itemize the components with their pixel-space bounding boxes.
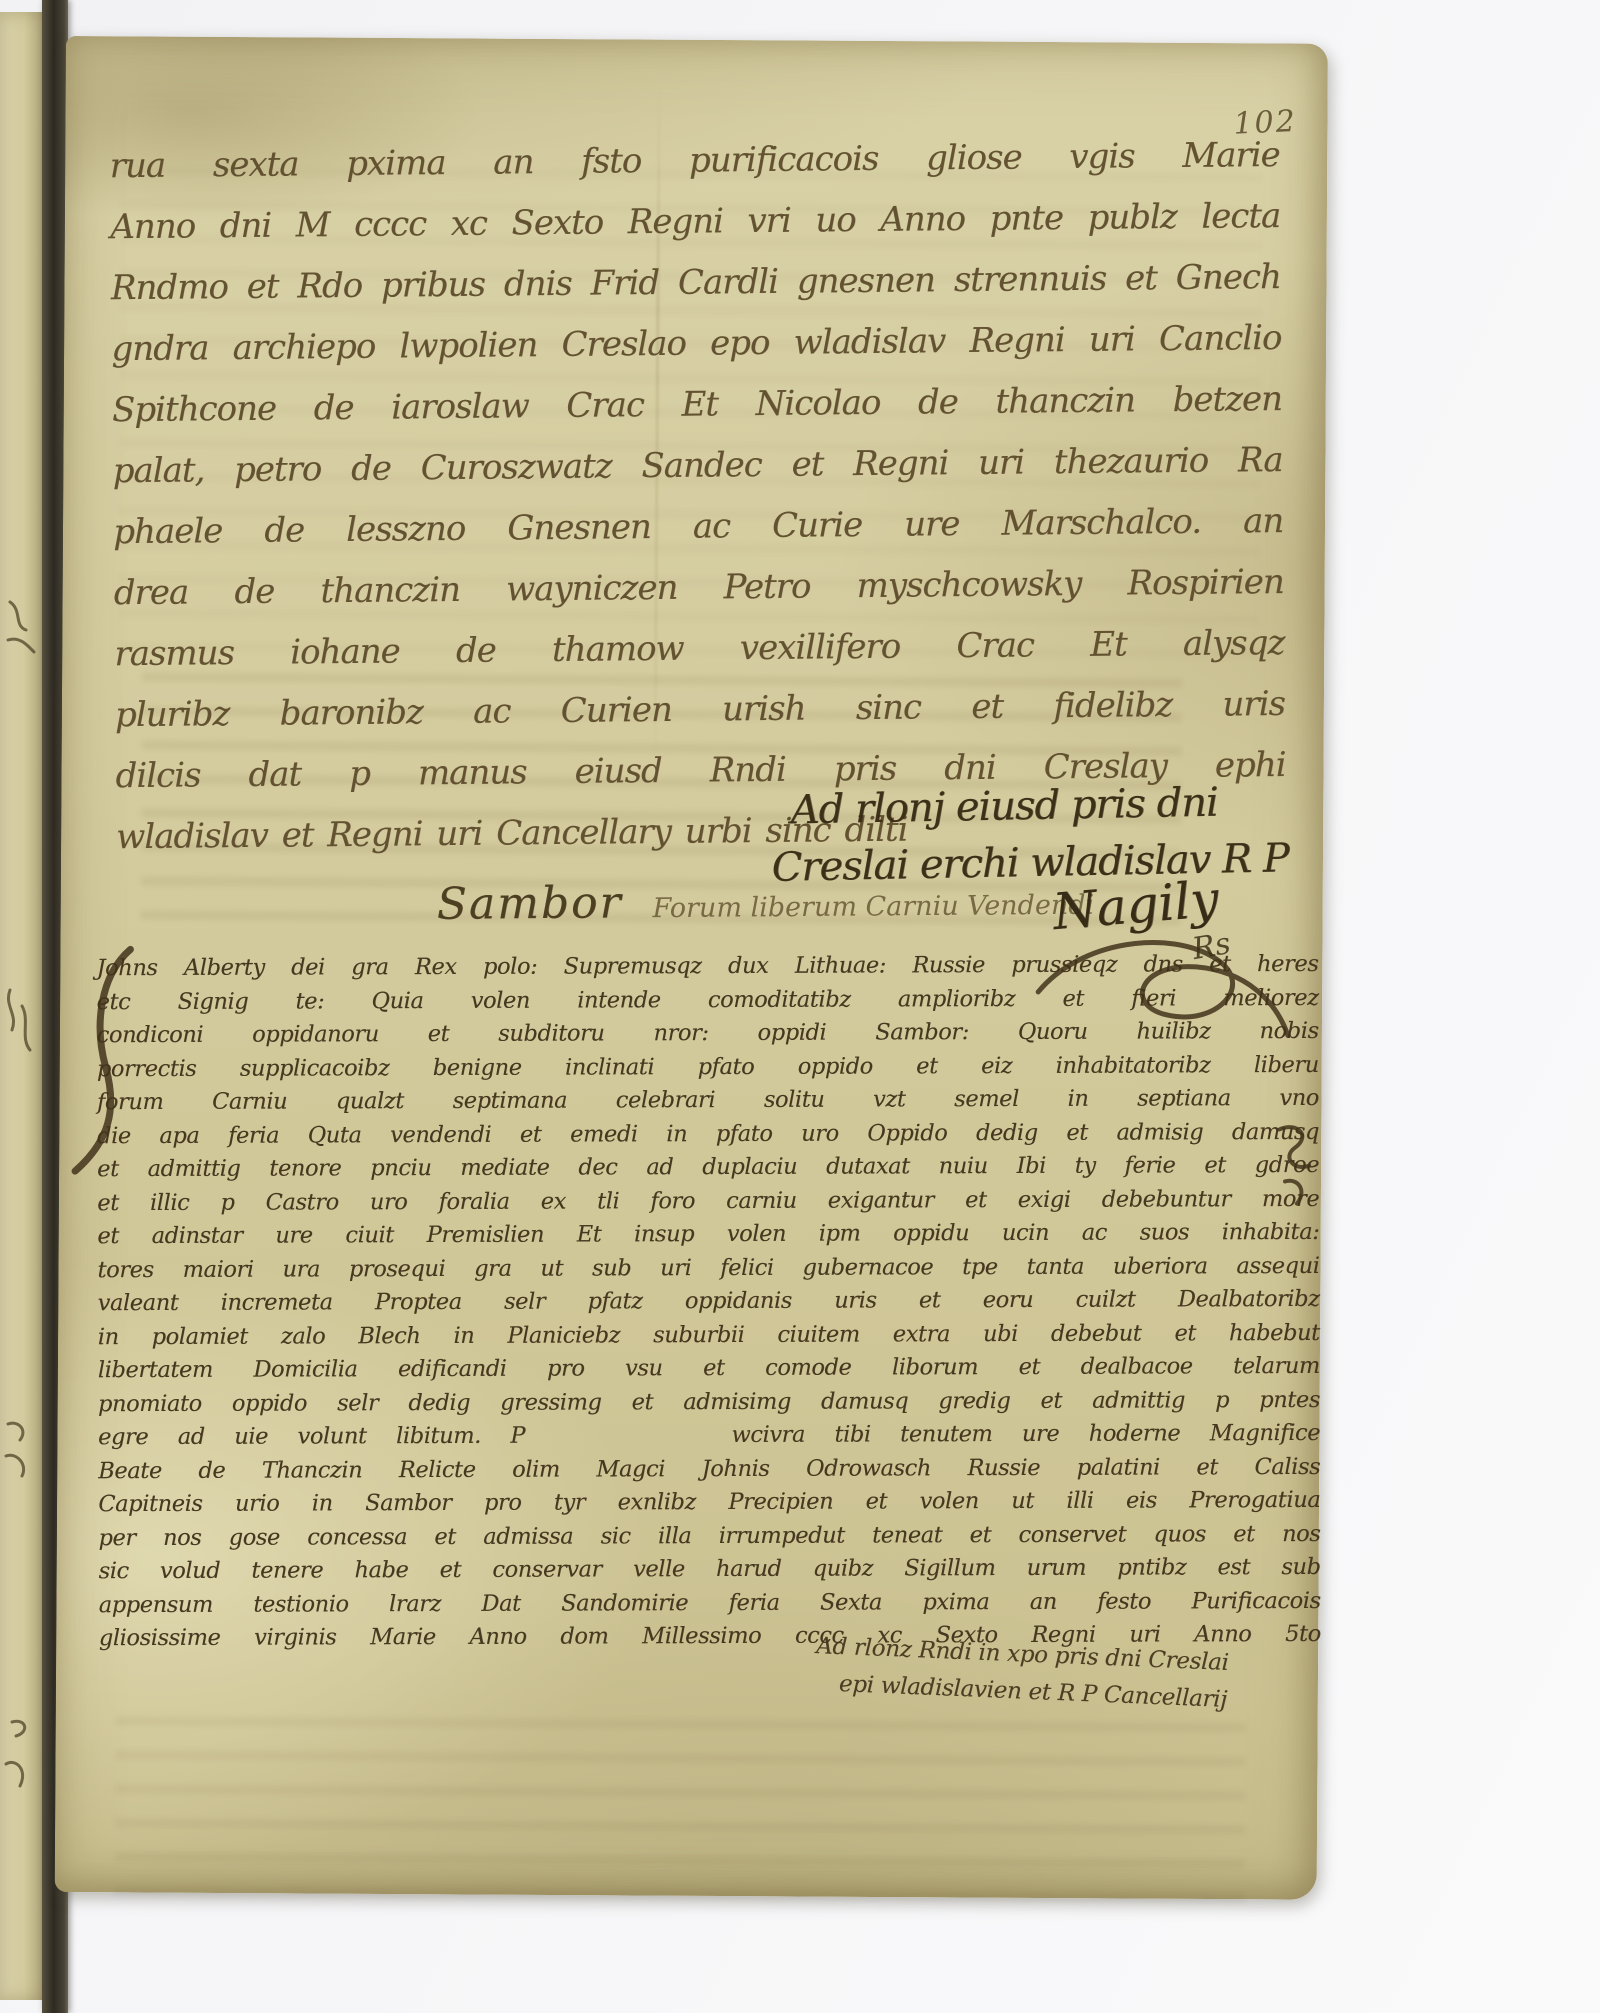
text-line: Anno dni M cccc xc Sexto Regni vri uo An… (110, 186, 1281, 258)
text-line: egre ad uie volunt libitum. P wcivra tib… (98, 1417, 1320, 1455)
text-line: condiconi oppidanoru et subditoru nror: … (97, 1015, 1319, 1053)
text-line: porrectis supplicacoibz benigne inclinat… (97, 1048, 1319, 1086)
heading-subtitle: Forum liberum Carniu Vendendi (652, 890, 1094, 924)
text-line: Capitneis urio in Sambor pro tyr exnlibz… (98, 1484, 1320, 1522)
text-line: Beate de Thanczin Relicte olim Magci Joh… (98, 1450, 1320, 1488)
text-line: et illic p Castro uro foralia ex tli for… (97, 1182, 1319, 1220)
heading-place-name: Sambor (437, 877, 623, 929)
text-line: palat, petro de Curoszwatz Sandec et Reg… (112, 430, 1283, 502)
text-line: pnomiato oppido selr dedig gressimg et a… (98, 1383, 1320, 1421)
text-line: Spithcone de iaroslaw Crac Et Nicolao de… (112, 369, 1283, 441)
manuscript-page: 102 rua sexta pxima an fsto purificacois… (55, 36, 1328, 1900)
text-line: et adinstar ure ciuit Premislien Et insu… (97, 1216, 1319, 1254)
text-line: Rndmo et Rdo pribus dnis Frid Cardli gne… (111, 247, 1282, 319)
previous-page-edge (0, 12, 44, 2000)
verso-showthrough (115, 1716, 1246, 1903)
text-line: sic volud tenere habe et conservar velle… (99, 1551, 1321, 1589)
text-line: per nos gose concessa et admissa sic ill… (98, 1517, 1320, 1555)
text-line: appensum testionio lrarz Dat Sandomirie … (99, 1584, 1321, 1622)
text-line: phaele de lesszno Gnesnen ac Curie ure M… (113, 491, 1284, 563)
text-line: Ad rlonj eiusd pris dni (790, 773, 1288, 839)
entry-heading: Sambor Forum liberum Carniu Vendendi (437, 874, 1095, 930)
text-line: rua sexta pxima an fsto purificacois gli… (109, 125, 1280, 197)
intro-text-block: rua sexta pxima an fsto purificacois gli… (109, 125, 1286, 868)
text-line: forum Carniu qualzt septimana celebrari … (97, 1082, 1319, 1120)
text-line: tores maiori ura prosequi gra ut sub uri… (97, 1249, 1319, 1287)
text-line: valeant incremeta Proptea selr pfatz opp… (98, 1283, 1320, 1321)
text-line: et admittig tenore pnciu mediate dec ad … (97, 1149, 1319, 1187)
manuscript-scan: 102 rua sexta pxima an fsto purificacois… (0, 0, 1600, 2013)
text-line: rasmus iohane de thamow vexillifero Crac… (114, 613, 1285, 685)
text-line: Johns Alberty dei gra Rex polo: Supremus… (96, 948, 1318, 986)
text-line: etc Signig te: Quia volen intende comodi… (97, 981, 1319, 1019)
text-line: pluribz baronibz ac Curien urish sinc et… (115, 674, 1286, 746)
text-line: gndra archiepo lwpolien Creslao epo wlad… (111, 308, 1282, 380)
text-line: die apa feria Quta vendendi et emedi in … (97, 1115, 1319, 1153)
text-line: in polamiet zalo Blech in Planiciebz sub… (98, 1316, 1320, 1354)
charter-text-block: Johns Alberty dei gra Rex polo: Supremus… (96, 948, 1320, 1656)
text-line: drea de thanczin wayniczen Petro myschco… (113, 552, 1284, 624)
text-line: libertatem Domicilia edificandi pro vsu … (98, 1350, 1320, 1388)
